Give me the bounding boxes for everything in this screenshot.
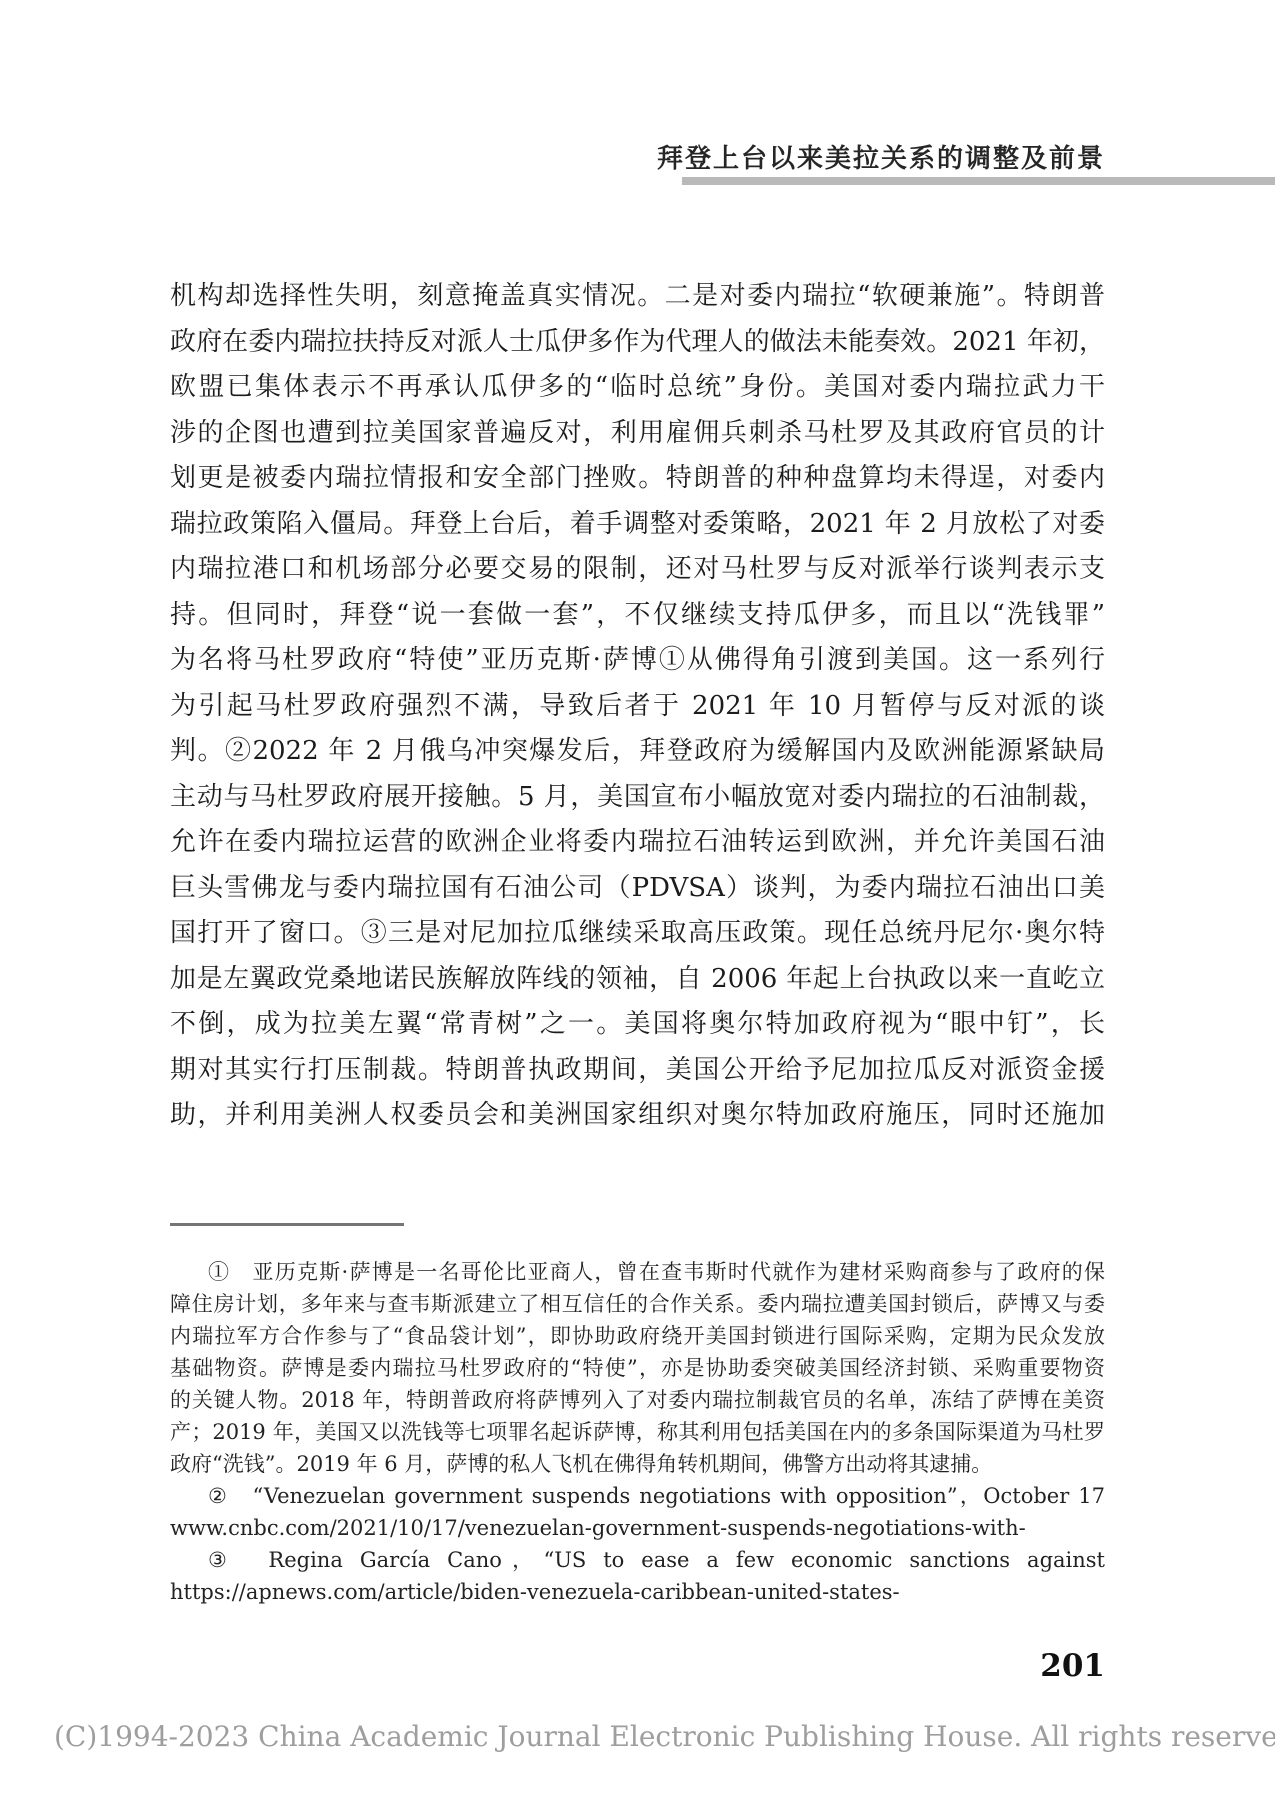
body-line: 划更是被委内瑞拉情报和安全部门挫败。特朗普的种种盘算均未得逞，对委内 <box>170 456 1105 502</box>
body-line: 助，并利用美洲人权委员会和美洲国家组织对奥尔特加政府施压，同时还施加 <box>170 1093 1105 1139</box>
running-head-title: 拜登上台以来美拉关系的调整及前景 <box>170 138 1105 175</box>
footnote-line: https://apnews.com/article/biden-venezue… <box>170 1576 1105 1608</box>
footnote-line: 基础物资。萨博是委内瑞拉马杜罗政府的“特使”，亦是协助委突破美国经济封锁、采购重… <box>170 1352 1105 1384</box>
footnote-line: ① 亚历克斯·萨博是一名哥伦比亚商人，曾在查韦斯时代就作为建材采购商参与了政府的… <box>170 1256 1105 1288</box>
footnote-separator-rule <box>170 1223 404 1226</box>
body-line: 主动与马杜罗政府展开接触。5 月，美国宣布小幅放宽对委内瑞拉的石油制裁， <box>170 775 1105 821</box>
body-line: 瑞拉政策陷入僵局。拜登上台后，着手调整对委策略，2021 年 2 月放松了对委 <box>170 502 1105 548</box>
footnote-line: 内瑞拉军方合作参与了“食品袋计划”，即协助政府绕开美国封锁进行国际采购，定期为民… <box>170 1320 1105 1352</box>
body-line: 为引起马杜罗政府强烈不满，导致后者于 2021 年 10 月暂停与反对派的谈 <box>170 684 1105 730</box>
body-line: 期对其实行打压制裁。特朗普执政期间，美国公开给予尼加拉瓜反对派资金援 <box>170 1048 1105 1094</box>
footnote-line: 障住房计划，多年来与查韦斯派建立了相互信任的合作关系。委内瑞拉遭美国封锁后，萨博… <box>170 1288 1105 1320</box>
body-line: 机构却选择性失明，刻意掩盖真实情况。二是对委内瑞拉“软硬兼施”。特朗普 <box>170 274 1105 320</box>
body-line: 为名将马杜罗政府“特使”亚历克斯·萨博①从佛得角引渡到美国。这一系列行 <box>170 638 1105 684</box>
page-number: 201 <box>170 1648 1105 1684</box>
footnote-line: ② “Venezuelan government suspends negoti… <box>170 1480 1105 1512</box>
header-rule-bar <box>682 177 1275 185</box>
copyright-footer: (C)1994-2023 China Academic Journal Elec… <box>54 1720 1275 1753</box>
body-line: 政府在委内瑞拉扶持反对派人士瓜伊多作为代理人的做法未能奏效。2021 年初， <box>170 320 1105 366</box>
body-text: 机构却选择性失明，刻意掩盖真实情况。二是对委内瑞拉“软硬兼施”。特朗普 政府在委… <box>170 274 1105 1139</box>
footnote-line: ③ Regina García Cano，“US to ease a few e… <box>170 1544 1105 1576</box>
journal-page: 拜登上台以来美拉关系的调整及前景 机构却选择性失明，刻意掩盖真实情况。二是对委内… <box>0 0 1275 1800</box>
footnote-line: 产；2019 年，美国又以洗钱等七项罪名起诉萨博，称其利用包括美国在内的多条国际… <box>170 1416 1105 1448</box>
body-line: 允许在委内瑞拉运营的欧洲企业将委内瑞拉石油转运到欧洲，并允许美国石油 <box>170 820 1105 866</box>
footnotes-block: ① 亚历克斯·萨博是一名哥伦比亚商人，曾在查韦斯时代就作为建材采购商参与了政府的… <box>170 1256 1105 1608</box>
body-line: 不倒，成为拉美左翼“常青树”之一。美国将奥尔特加政府视为“眼中钉”，长 <box>170 1002 1105 1048</box>
footnote-line: www.cnbc.com/2021/10/17/venezuelan-gover… <box>170 1512 1105 1544</box>
copyright-text: (C)1994-2023 China Academic Journal Elec… <box>54 1720 1275 1753</box>
body-line: 内瑞拉港口和机场部分必要交易的限制，还对马杜罗与反对派举行谈判表示支 <box>170 547 1105 593</box>
body-line: 国打开了窗口。③三是对尼加拉瓜继续采取高压政策。现任总统丹尼尔·奥尔特 <box>170 911 1105 957</box>
footnote-line: 的关键人物。2018 年，特朗普政府将萨博列入了对委内瑞拉制裁官员的名单，冻结了… <box>170 1384 1105 1416</box>
footnote-line: 政府“洗钱”。2019 年 6 月，萨博的私人飞机在佛得角转机期间，佛警方出动将… <box>170 1448 1105 1480</box>
body-line: 涉的企图也遭到拉美国家普遍反对，利用雇佣兵刺杀马杜罗及其政府官员的计 <box>170 411 1105 457</box>
body-line: 加是左翼政党桑地诺民族解放阵线的领袖，自 2006 年起上台执政以来一直屹立 <box>170 957 1105 1003</box>
body-line: 巨头雪佛龙与委内瑞拉国有石油公司（PDVSA）谈判，为委内瑞拉石油出口美 <box>170 866 1105 912</box>
body-line: 欧盟已集体表示不再承认瓜伊多的“临时总统”身份。美国对委内瑞拉武力干 <box>170 365 1105 411</box>
body-line: 判。②2022 年 2 月俄乌冲突爆发后，拜登政府为缓解国内及欧洲能源紧缺局势， <box>170 729 1105 775</box>
body-line: 持。但同时，拜登“说一套做一套”，不仅继续支持瓜伊多，而且以“洗钱罪” <box>170 593 1105 639</box>
